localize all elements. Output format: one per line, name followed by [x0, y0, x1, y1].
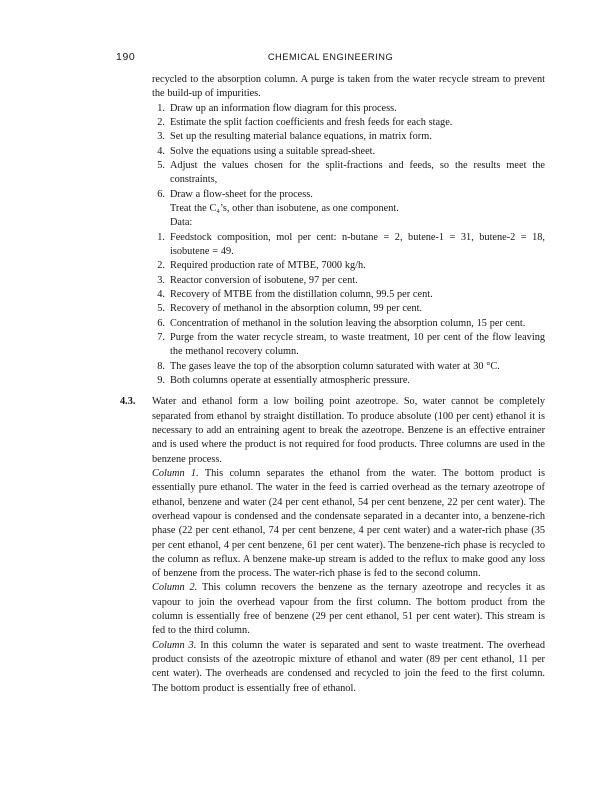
list-item-number: 2.	[152, 116, 165, 130]
list-item: 4.Solve the equations using a suitable s…	[152, 145, 545, 159]
list-item-number: 2.	[152, 259, 165, 273]
column-paragraph-text: This column separates the ethanol from t…	[152, 468, 545, 579]
list-item-number: 5.	[152, 302, 165, 316]
section-paragraph-text: Water and ethanol form a low boiling poi…	[152, 396, 545, 464]
list-item: 4.Recovery of MTBE from the distillation…	[152, 288, 545, 302]
list-item: 6.Concentration of methanol in the solut…	[152, 317, 545, 331]
running-title: CHEMICAL ENGINEERING	[116, 52, 545, 62]
list-item-number: 4.	[152, 288, 165, 302]
list-item: 3.Set up the resulting material balance …	[152, 130, 545, 144]
column-paragraph-text: This column recovers the benzene as the …	[152, 582, 545, 636]
list-item-number: 8.	[152, 360, 165, 374]
column-paragraph-lead: Column 2.	[152, 582, 197, 593]
list-item-text: Estimate the split faction coefficients …	[170, 117, 452, 128]
list-item-text: Feedstock composition, mol per cent: n-b…	[170, 232, 545, 257]
column-paragraph: Column 3. In this column the water is se…	[152, 639, 545, 696]
list-item-text: Purge from the water recycle stream, to …	[170, 332, 545, 357]
list-item-number: 6.	[152, 317, 165, 331]
list-item-number: 6.	[152, 188, 165, 202]
list-subline: Data:	[152, 216, 545, 230]
list-item-text: Both columns operate at essentially atmo…	[170, 375, 410, 386]
section-paragraph: 4.3.Water and ethanol form a low boiling…	[152, 395, 545, 467]
subline-text: Data:	[170, 217, 192, 228]
list-item: 8.The gases leave the top of the absorpt…	[152, 360, 545, 374]
list-item-number: 7.	[152, 331, 165, 345]
list-item-number: 3.	[152, 274, 165, 288]
list-item: 2.Required production rate of MTBE, 7000…	[152, 259, 545, 273]
list-item: 3.Reactor conversion of isobutene, 97 pe…	[152, 274, 545, 288]
page-header: 190 CHEMICAL ENGINEERING	[116, 51, 545, 65]
list-item: 1.Draw up an information flow diagram fo…	[152, 102, 545, 116]
list-item-text: Set up the resulting material balance eq…	[170, 131, 432, 142]
list-item-text: Concentration of methanol in the solutio…	[170, 318, 525, 329]
paragraph-text: recycled to the absorption column. A pur…	[152, 74, 545, 99]
list-item-text: Reactor conversion of isobutene, 97 per …	[170, 275, 358, 286]
subline-text: Treat the C₄’s, other than isobutene, as…	[170, 203, 399, 214]
document-body: recycled to the absorption column. A pur…	[152, 73, 545, 696]
list-item-number: 9.	[152, 374, 165, 388]
list-subline: Treat the C₄’s, other than isobutene, as…	[152, 202, 545, 216]
column-paragraph-lead: Column 1.	[152, 468, 199, 479]
list-item: 9.Both columns operate at essentially at…	[152, 374, 545, 388]
list-item-text: Draw up an information flow diagram for …	[170, 103, 397, 114]
list-item-text: Solve the equations using a suitable spr…	[170, 146, 375, 157]
document-page: 190 CHEMICAL ENGINEERING recycled to the…	[0, 0, 612, 800]
list-item-text: Recovery of methanol in the absorption c…	[170, 303, 422, 314]
list-item-text: Required production rate of MTBE, 7000 k…	[170, 260, 366, 271]
column-paragraph-lead: Column 3.	[152, 640, 196, 651]
list-item-text: Draw a flow-sheet for the process.	[170, 189, 313, 200]
section-number: 4.3.	[120, 395, 135, 409]
list-item-number: 4.	[152, 145, 165, 159]
list-item: 1.Feedstock composition, mol per cent: n…	[152, 231, 545, 260]
list-item-text: Adjust the values chosen for the split-f…	[170, 160, 545, 185]
list-item-number: 3.	[152, 130, 165, 144]
list-item: 6.Draw a flow-sheet for the process.	[152, 188, 545, 202]
list-item-number: 1.	[152, 102, 165, 116]
list-item-text: Recovery of MTBE from the distillation c…	[170, 289, 433, 300]
column-paragraph: Column 2. This column recovers the benze…	[152, 581, 545, 638]
list-item: 7.Purge from the water recycle stream, t…	[152, 331, 545, 360]
list-item-number: 5.	[152, 159, 165, 173]
paragraph: recycled to the absorption column. A pur…	[152, 73, 545, 102]
list-item: 5.Adjust the values chosen for the split…	[152, 159, 545, 188]
list-item-text: The gases leave the top of the absorptio…	[170, 361, 500, 372]
column-paragraph-text: In this column the water is separated an…	[152, 640, 545, 694]
list-item: 5.Recovery of methanol in the absorption…	[152, 302, 545, 316]
list-item-number: 1.	[152, 231, 165, 245]
list-item: 2.Estimate the split faction coefficient…	[152, 116, 545, 130]
column-paragraph: Column 1. This column separates the etha…	[152, 467, 545, 582]
